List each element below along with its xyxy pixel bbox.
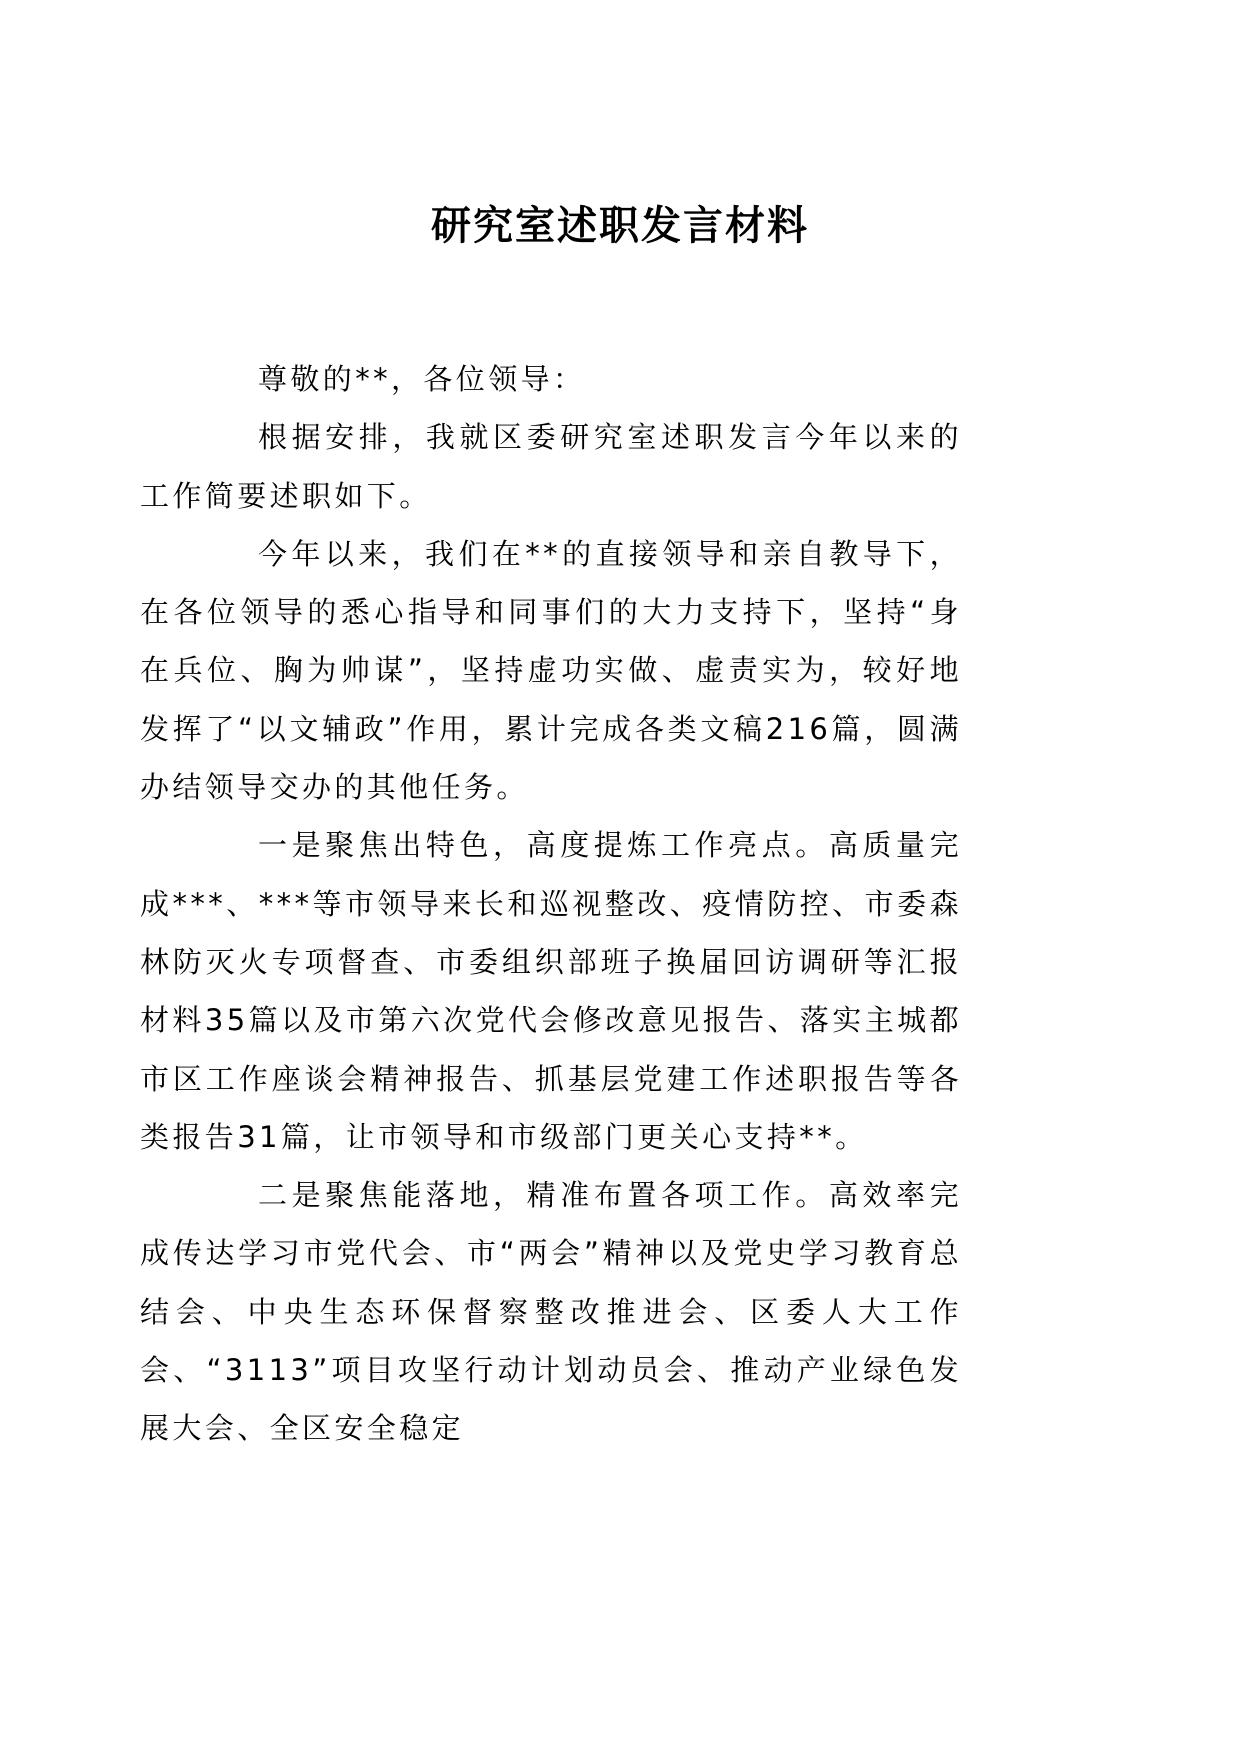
document-title: 研究室述职发言材料 bbox=[0, 198, 1240, 254]
document-page: 研究室述职发言材料 尊敬的**，各位领导： 根据安排，我就区委研究室述职发言今年… bbox=[0, 0, 1240, 1754]
point-two-paragraph: 二是聚焦能落地，精准布置各项工作。高效率完成传达学习市党代会、市“两会”精神以及… bbox=[140, 1166, 962, 1457]
salutation-paragraph: 尊敬的**，各位领导： bbox=[140, 350, 962, 408]
point-one-paragraph: 一是聚焦出特色，高度提炼工作亮点。高质量完成***、***等市领导来长和巡视整改… bbox=[140, 816, 962, 1166]
document-body: 尊敬的**，各位领导： 根据安排，我就区委研究室述职发言今年以来的工作简要述职如… bbox=[140, 350, 962, 1458]
intro-paragraph: 根据安排，我就区委研究室述职发言今年以来的工作简要述职如下。 bbox=[140, 408, 962, 525]
summary-paragraph: 今年以来，我们在**的直接领导和亲自教导下，在各位领导的悉心指导和同事们的大力支… bbox=[140, 525, 962, 816]
